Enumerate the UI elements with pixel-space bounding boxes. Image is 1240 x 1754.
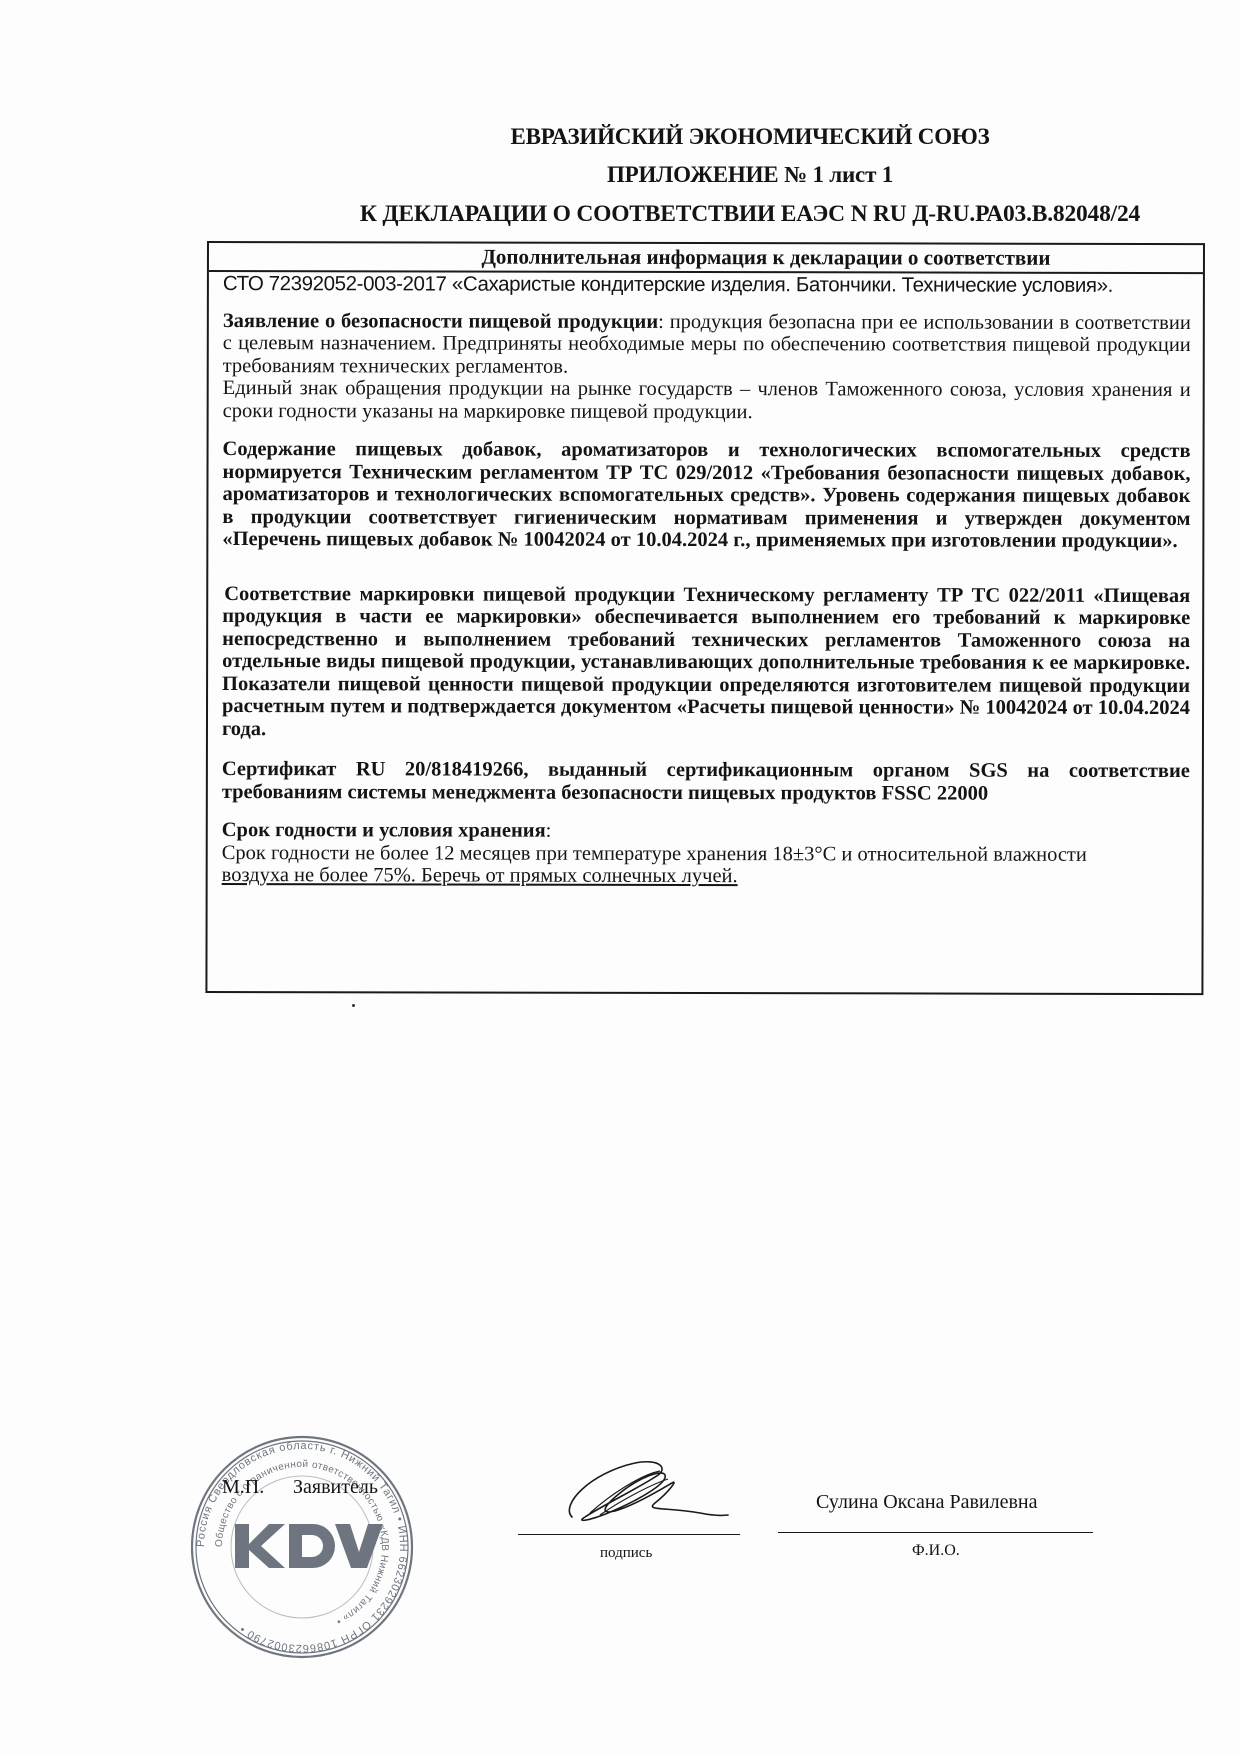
seal-place-label: М.П. xyxy=(222,1476,264,1499)
union-title: ЕВРАЗИЙСКИЙ ЭКОНОМИЧЕСКИЙ СОЮЗ xyxy=(260,124,1240,150)
box-body: СТО 72392052-003-2017 «Сахаристые кондит… xyxy=(208,273,1203,889)
signature-icon xyxy=(560,1455,730,1530)
additives-statement: Содержание пищевых добавок, ароматизатор… xyxy=(222,438,1190,553)
storage-text-line1: Срок годности не более 12 месяцев при те… xyxy=(222,842,1190,867)
box-title: Дополнительная информация к декларации о… xyxy=(209,243,1203,274)
certificate-statement: Сертификат RU 20/818419266, выданный сер… xyxy=(222,758,1190,805)
document-page: ЕВРАЗИЙСКИЙ ЭКОНОМИЧЕСКИЙ СОЮЗ ПРИЛОЖЕНИ… xyxy=(0,0,1240,1754)
sto-reference: СТО 72392052-003-2017 «Сахаристые кондит… xyxy=(223,273,1191,298)
signature-line xyxy=(518,1534,740,1535)
name-caption: Ф.И.О. xyxy=(912,1542,960,1560)
scan-speck xyxy=(352,1004,355,1007)
safety-statement: Заявление о безопасности пищевой продукц… xyxy=(223,310,1191,380)
appendix-title: ПРИЛОЖЕНИЕ № 1 лист 1 xyxy=(260,162,1240,188)
additional-info-box: Дополнительная информация к декларации о… xyxy=(205,241,1205,995)
storage-text-line2: воздуха не более 75%. Беречь от прямых с… xyxy=(222,864,1190,889)
stamp-icon: Россия Свердловская область г. Нижний Та… xyxy=(187,1432,417,1662)
labeling-statement: Соответствие маркировки пищевой продукци… xyxy=(222,583,1190,743)
signature-caption: подпись xyxy=(600,1545,652,1562)
name-line xyxy=(778,1532,1093,1533)
safety-label: Заявление о безопасности пищевой продукц… xyxy=(223,310,658,333)
applicant-label: Заявитель xyxy=(293,1476,378,1499)
company-stamp: Россия Свердловская область г. Нижний Та… xyxy=(187,1432,417,1662)
handwritten-signature xyxy=(560,1455,730,1530)
declaration-number: К ДЕКЛАРАЦИИ О СООТВЕТСТВИИ ЕАЭС N RU Д-… xyxy=(260,201,1240,228)
signer-name: Сулина Оксана Равилевна xyxy=(816,1491,1038,1514)
storage-title: Срок годности и условия хранения: xyxy=(222,819,1190,844)
marking-statement: Единый знак обращения продукции на рынке… xyxy=(223,377,1191,424)
